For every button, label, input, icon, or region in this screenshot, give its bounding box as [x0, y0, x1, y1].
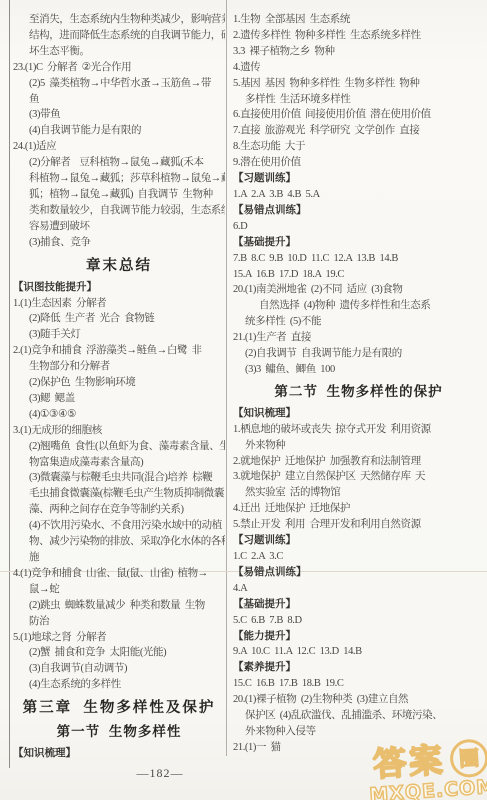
bracket-header: 【能力提升】	[233, 629, 484, 645]
answer-line: (2)分解者 豆科植物→鼠兔→藏狐(禾本	[13, 155, 225, 171]
bracket-header: 【基础提升】	[233, 235, 484, 251]
answer-line: (3)随手关灯	[13, 327, 225, 343]
answer-line: 15.C 16.B 17.B 18.B 19.C	[233, 676, 484, 692]
bracket-header: 【基础提升】	[233, 597, 484, 613]
answer-line: 防治	[13, 614, 225, 630]
answer-line: 4.遗传	[233, 60, 484, 76]
answer-line: 5.C 6.B 7.B 8.D	[233, 613, 484, 629]
answer-line: 5.基因 基因 物种多样性 生物多样性 物种	[233, 76, 484, 92]
answer-line: 物、减少污染物的排放、采取净化水体的各种措	[13, 534, 225, 550]
answer-line: 21.(1)一 猫	[233, 740, 484, 756]
answer-line: 狐；植物→鼠兔→藏狐) 自我调节 生物种	[13, 187, 225, 203]
answer-line: (2)蟹 捕食和竞争 太阳能(光能)	[13, 645, 225, 661]
answer-line: (3)捕食、竞争	[13, 235, 225, 251]
answer-line: 类和数量较少，自我调节能力较弱，生态系统	[13, 203, 225, 219]
answer-line: 鼠→蛇	[13, 582, 225, 598]
answer-line: 6.直接使用价值 间接使用价值 潜在使用价值	[233, 107, 484, 123]
answer-line: 21.(1)生产者 直接	[233, 330, 484, 346]
answer-line: (4)生态系统的多样性	[13, 677, 225, 693]
column-divider-line	[226, 0, 227, 756]
answer-line: 7.B 8.C 9.B 10.D 11.C 12.A 13.B 14.B	[233, 251, 484, 267]
bracket-header: 【识图技能提升】	[13, 280, 225, 296]
bracket-header: 【知识梳理】	[233, 406, 484, 422]
answer-line: 4.A	[233, 581, 484, 597]
answer-line: 5.(1)地球之肾 分解者	[13, 630, 225, 646]
answer-line: 4.(1)竞争和捕食 山雀、鼠(鼠、山雀) 植物→	[13, 566, 225, 582]
answer-line: 7.直接 旅游观光 科学研究 文学创作 直接	[233, 123, 484, 139]
answer-line: (3)微囊藻与棕鞭毛虫共同(混合)培养 棕鞭	[13, 470, 225, 486]
left-column: 至消失，生态系统内生物种类减少，影响营养结构，进而降低生态系统的自我调节能力，破…	[13, 12, 225, 762]
answer-line: 24.(1)适应	[13, 139, 225, 155]
answer-line: 3.3 裸子植物之乡 物种	[233, 44, 484, 60]
section-heading: 章末总结	[13, 256, 225, 276]
bracket-header: 【习题训练】	[233, 533, 484, 549]
answer-line: 2.就地保护 迁地保护 加强教育和法制管理	[233, 454, 484, 470]
answer-line: 3.(1)无成形的细胞核	[13, 423, 225, 439]
answer-line: 多样性 生活环境多样性	[233, 92, 484, 108]
answer-line: 科植物→鼠兔→藏狐；莎草科植物→鼠兔→藏	[13, 171, 225, 187]
answer-line: 然实验室 活的博物馆	[233, 485, 484, 501]
section-heading: 第三章 生物多样性及保护	[13, 698, 225, 718]
bracket-header: 【易错点训练】	[233, 203, 484, 219]
answer-line: 自然选择 (4)物种 遗传多样性和生态系	[233, 298, 484, 314]
answer-line: (3)自我调节(自动调节)	[13, 661, 225, 677]
answer-line: 1.C 2.A 3.C	[233, 549, 484, 565]
section-heading: 第一节 生物多样性	[13, 722, 225, 742]
answer-line: 鱼	[13, 92, 225, 108]
answer-line: 施	[13, 550, 225, 566]
answer-line: 8.生态功能 大于	[233, 139, 484, 155]
answer-line: 生物部分和分解者	[13, 359, 225, 375]
answer-line: (3)带鱼	[13, 107, 225, 123]
answer-line: 1.栖息地的破坏或丧失 掠夺式开发 利用资源	[233, 422, 484, 438]
answer-line: 2.(1)竞争和捕食 浮游藻类→鲢鱼→白鹭 非	[13, 343, 225, 359]
page-number: —182—	[40, 766, 280, 781]
answer-line: 20.(1)裸子植物 (2)生物种类 (3)建立自然	[233, 692, 484, 708]
bracket-header: 【素养提升】	[233, 660, 484, 676]
answer-line: 保护区 (4)乱砍滥伐、乱捕滥杀、环境污染、	[233, 708, 484, 724]
answer-line: (3)鳃 鳃盖	[13, 391, 225, 407]
answer-line: (3)3 鳙鱼、鲫鱼 100	[233, 362, 484, 378]
answer-line: 15.A 16.B 17.D 18.A 19.C	[233, 267, 484, 283]
answer-line: (4)不饮用污染水、不食用污染水域中的动植	[13, 518, 225, 534]
answer-line: 5.禁止开发 利用 合理开发和利用自然资源	[233, 517, 484, 533]
answer-line: 4.迁出 迁地保护 迁地保护	[233, 501, 484, 517]
bracket-header: 【易错点训练】	[233, 565, 484, 581]
answer-line: (2)自我调节 自我调节能力是有限的	[233, 346, 484, 362]
right-column: 1.生物 全部基因 生态系统2.遗传多样性 物种多样性 生态系统多样性3.3 裸…	[233, 12, 484, 756]
answer-line: 1.A 2.A 3.B 4.B 5.A	[233, 187, 484, 203]
answer-line: (2)5 藻类植物→中华哲水蚤→玉筋鱼→带	[13, 76, 225, 92]
answer-line: 6.D	[233, 219, 484, 235]
answer-line: 9.A 10.C 11.A 12.C 13.D 14.B	[233, 644, 484, 660]
answer-line: 藻、两种之间存在竞争等制约关系)	[13, 502, 225, 518]
answer-line: 1.生物 全部基因 生态系统	[233, 12, 484, 28]
answer-line: 容易遭到破坏	[13, 219, 225, 235]
answer-line: (2)跳虫 蜘蛛数量减少 种类和数量 生物	[13, 598, 225, 614]
answer-line: 2.遗传多样性 物种多样性 生态系统多样性	[233, 28, 484, 44]
answer-line: 物富集造成藻毒素含量高)	[13, 455, 225, 471]
answer-line: 外来物种入侵等	[233, 724, 484, 740]
answer-line: 毛虫捕食微囊藻(棕鞭毛虫产生物质抑制微囊	[13, 486, 225, 502]
answer-line: 外来物种	[233, 438, 484, 454]
bracket-header: 【知识梳理】	[13, 746, 225, 762]
bracket-header: 【习题训练】	[233, 171, 484, 187]
answer-line: 1.(1)生态因素 分解者	[13, 296, 225, 312]
answer-line: 23.(1)C 分解者 ②光合作用	[13, 60, 225, 76]
answer-line: 结构，进而降低生态系统的自我调节能力，破	[13, 28, 225, 44]
answer-line: (2)降低 生产者 光合 食物链	[13, 311, 225, 327]
section-heading: 第二节 生物多样性的保护	[233, 382, 484, 402]
watermark-site: MXQE.COM	[369, 776, 487, 800]
answer-line: 20.(1)南美洲地雀 (2)不同 适应 (3)食物	[233, 282, 484, 298]
page-edge-line	[9, 0, 10, 768]
answer-line: (4)①③④⑤	[13, 407, 225, 423]
answer-line: (4)自我调节能力是有限的	[13, 123, 225, 139]
answer-line: 9.潜在使用价值	[233, 155, 484, 171]
answer-line: (2)翘嘴鱼 食性(以鱼虾为食、藻毒素含量、生	[13, 439, 225, 455]
answer-line: 3.就地保护 建立自然保护区 天然储存库 天	[233, 469, 484, 485]
answer-line: (2)保护色 生物影响环境	[13, 375, 225, 391]
answer-line: 至消失，生态系统内生物种类减少，影响营养	[13, 12, 225, 28]
answer-line: 坏生态平衡。	[13, 44, 225, 60]
scanned-answer-page: 至消失，生态系统内生物种类减少，影响营养结构，进而降低生态系统的自我调节能力，破…	[0, 0, 487, 800]
answer-line: 统多样性 (5)不能	[233, 314, 484, 330]
